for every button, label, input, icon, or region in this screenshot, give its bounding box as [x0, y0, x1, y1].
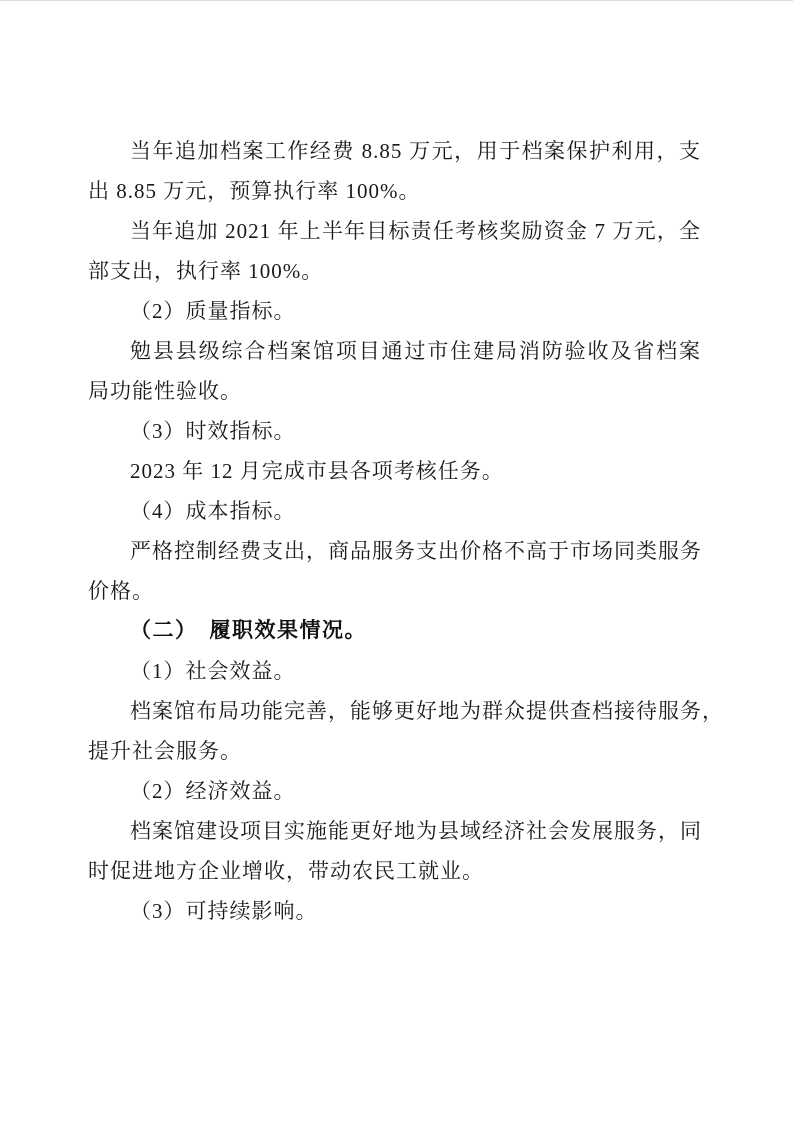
paragraph: （1）社会效益。 [88, 651, 701, 691]
paragraph: （2）经济效益。 [88, 771, 701, 811]
paragraph: （3）时效指标。 [88, 411, 701, 451]
paragraph: 当年追加档案工作经费 8.85 万元，用于档案保护利用，支 出 8.85 万元，… [88, 131, 701, 211]
text-line: 2023 年 12 月完成市县各项考核任务。 [88, 451, 701, 491]
text-line: （2）质量指标。 [88, 291, 701, 331]
paragraph: 勉县县级综合档案馆项目通过市住建局消防验收及省档案 局功能性验收。 [88, 331, 701, 411]
text-line: 局功能性验收。 [88, 371, 701, 411]
text-line: 出 8.85 万元，预算执行率 100%。 [88, 171, 701, 211]
document-body: 当年追加档案工作经费 8.85 万元，用于档案保护利用，支 出 8.85 万元，… [88, 131, 701, 931]
paragraph: 档案馆布局功能完善，能够更好地为群众提供查档接待服务， 提升社会服务。 [88, 691, 701, 771]
text-line: 当年追加档案工作经费 8.85 万元，用于档案保护利用，支 [88, 131, 701, 171]
text-line: 勉县县级综合档案馆项目通过市住建局消防验收及省档案 [88, 331, 701, 371]
text-line: （2）经济效益。 [88, 771, 701, 811]
text-line: 严格控制经费支出，商品服务支出价格不高于市场同类服务 [88, 531, 701, 571]
paragraph: 严格控制经费支出，商品服务支出价格不高于市场同类服务 价格。 [88, 531, 701, 611]
text-line: 时促进地方企业增收，带动农民工就业。 [88, 851, 701, 891]
text-line: （4）成本指标。 [88, 491, 701, 531]
paragraph: 档案馆建设项目实施能更好地为县域经济社会发展服务，同 时促进地方企业增收，带动农… [88, 811, 701, 891]
text-line: 价格。 [88, 571, 701, 611]
paragraph: （4）成本指标。 [88, 491, 701, 531]
text-line: 提升社会服务。 [88, 731, 701, 771]
paragraph: 当年追加 2021 年上半年目标责任考核奖励资金 7 万元，全 部支出，执行率 … [88, 211, 701, 291]
text-line: 当年追加 2021 年上半年目标责任考核奖励资金 7 万元，全 [88, 211, 701, 251]
text-line: 部支出，执行率 100%。 [88, 251, 701, 291]
text-line: 档案馆布局功能完善，能够更好地为群众提供查档接待服务， [88, 691, 701, 731]
section-heading: （二） 履职效果情况。 [88, 611, 701, 651]
section: （二） 履职效果情况。 [88, 611, 701, 651]
paragraph: （2）质量指标。 [88, 291, 701, 331]
text-line: 档案馆建设项目实施能更好地为县域经济社会发展服务，同 [88, 811, 701, 851]
paragraph: （3）可持续影响。 [88, 891, 701, 931]
text-line: （3）时效指标。 [88, 411, 701, 451]
document-page: 当年追加档案工作经费 8.85 万元，用于档案保护利用，支 出 8.85 万元，… [0, 0, 793, 1123]
paragraph: 2023 年 12 月完成市县各项考核任务。 [88, 451, 701, 491]
text-line: （1）社会效益。 [88, 651, 701, 691]
text-line: （3）可持续影响。 [88, 891, 701, 931]
